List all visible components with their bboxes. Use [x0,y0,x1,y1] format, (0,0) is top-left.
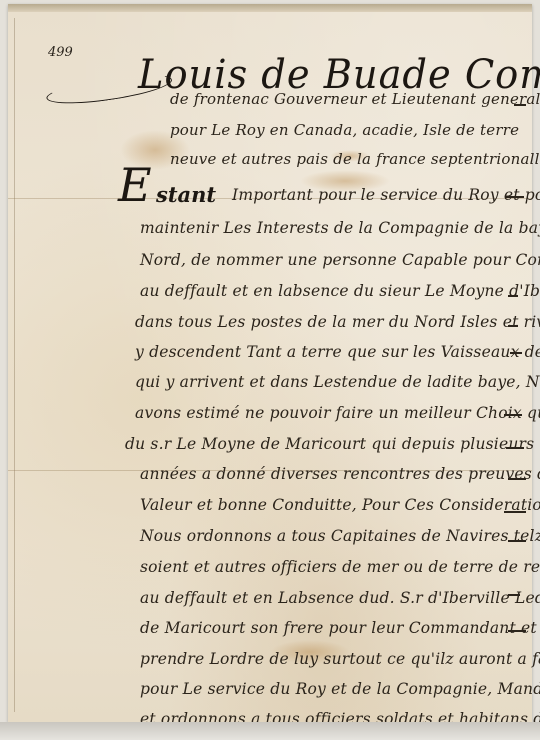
manuscript-page [8,4,532,722]
line-filler-dash [510,352,522,354]
body-line: Valeur et bonne Conduitte, Pour Ces Cons… [140,496,540,514]
line-filler-dash [506,447,524,449]
line-filler-dash [508,295,518,297]
intro-line: neuve et autres pais de la france septen… [170,150,540,168]
line-filler-dash [508,478,526,480]
body-line: y descendent Tant a terre que sur les Va… [135,343,540,361]
line-filler-dash [508,630,526,632]
line-filler-dash [508,540,526,542]
intro-line: de frontenac Gouverneur et Lieutenant ge… [170,90,540,108]
line-filler-dash [504,414,522,416]
body-line: de Maricourt son frere pour leur Command… [140,619,540,637]
body-line: au deffault et en labsence du sieur Le M… [140,282,540,300]
body-line: avons estimé ne pouvoir faire un meilleu… [135,404,540,422]
opening-word: stant [156,182,216,207]
body-line: Important pour le service du Roy et pour [232,186,540,204]
body-line: au deffault et en Labsence dud. S.r d'Ib… [140,589,540,607]
line-filler-dash [506,196,524,198]
body-line: maintenir Les Interests de la Compagnie … [140,219,540,237]
body-line: pour Le service du Roy et de la Compagni… [140,680,540,698]
opening-initial: E [118,158,152,212]
body-line: du s.r Le Moyne de Maricourt qui depuis … [125,435,534,453]
body-line: Nord, de nommer une personne Capable pou… [140,251,540,269]
body-line: prendre Lordre de luy surtout ce qu'ilz … [140,650,540,668]
line-filler-dash [514,104,526,106]
line-filler-dash [504,511,526,513]
body-line: Nous ordonnons a tous Capitaines de Navi… [140,527,540,545]
line-filler-dash [508,594,520,596]
body-line: dans tous Les postes de la mer du Nord I… [135,313,540,331]
folio-number: 499 [48,45,73,60]
intro-line: pour Le Roy en Canada, acadie, Isle de t… [170,121,519,139]
body-line: années a donné diverses rencontres des p… [140,465,540,483]
line-filler-dash [508,325,518,327]
body-line: qui y arrivent et dans Lestendue de ladi… [135,373,540,391]
body-line: soient et autres officiers de mer ou de … [140,558,540,576]
scan-bottom-edge [0,722,540,740]
